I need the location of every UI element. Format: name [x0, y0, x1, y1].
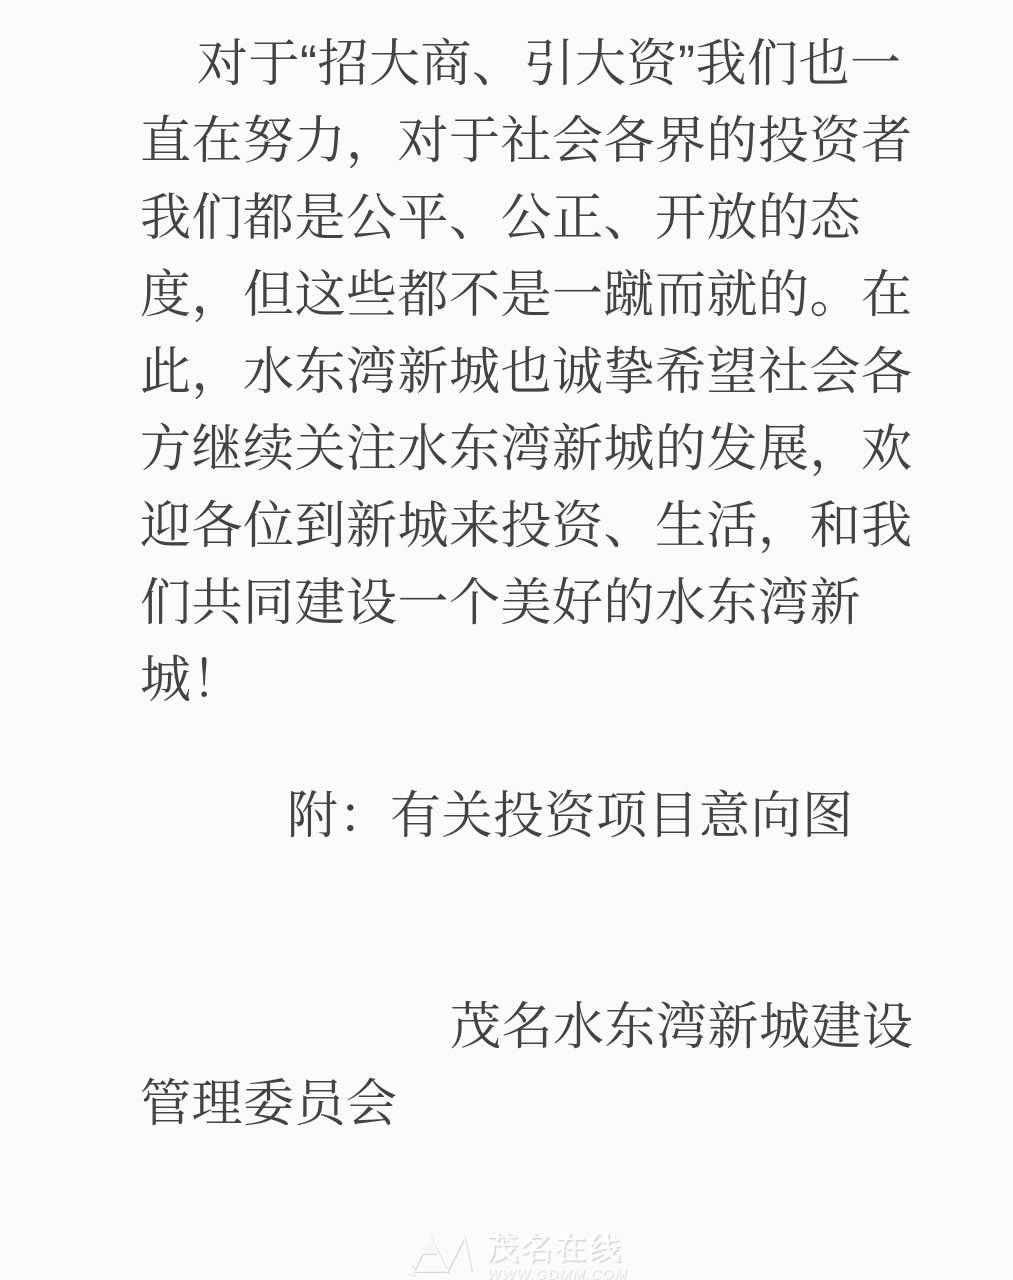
watermark-site-name: 茂名在线 [487, 1234, 628, 1264]
document-page: 对于“招大商、引大资”我们也一 直在努力，对于社会各界的投资者 我们都是公平、公… [0, 0, 1013, 1280]
attachment-line: 附：有关投资项目意向图 [287, 777, 854, 854]
signature-line-2: 管理委员会 [140, 1065, 398, 1142]
paragraph-line: 方继续关注水东湾新城的发展，欢 [140, 410, 923, 487]
paragraph-line: 直在努力，对于社会各界的投资者 [140, 102, 923, 179]
signature-line-1: 茂名水东湾新城建设 [450, 988, 914, 1065]
watermark-text: 茂名在线 WWW.GDMM.COM [487, 1230, 628, 1280]
paragraph-line: 我们都是公平、公正、开放的态 [140, 179, 923, 256]
watermark-logo-icon [405, 1230, 477, 1276]
paragraph-line: 此，水东湾新城也诚挚希望社会各 [140, 333, 923, 410]
paragraph-line: 城！ [140, 641, 923, 718]
site-watermark: 茂名在线 WWW.GDMM.COM [405, 1230, 628, 1280]
paragraph-line: 迎各位到新城来投资、生活，和我 [140, 487, 923, 564]
paragraph-line: 对于“招大商、引大资”我们也一 [140, 25, 923, 102]
paragraph-line: 度，但这些都不是一蹴而就的。在 [140, 256, 923, 333]
watermark-site-url: WWW.GDMM.COM [487, 1267, 628, 1280]
paragraph-line: 们共同建设一个美好的水东湾新 [140, 564, 923, 641]
body-paragraph: 对于“招大商、引大资”我们也一 直在努力，对于社会各界的投资者 我们都是公平、公… [140, 25, 923, 718]
